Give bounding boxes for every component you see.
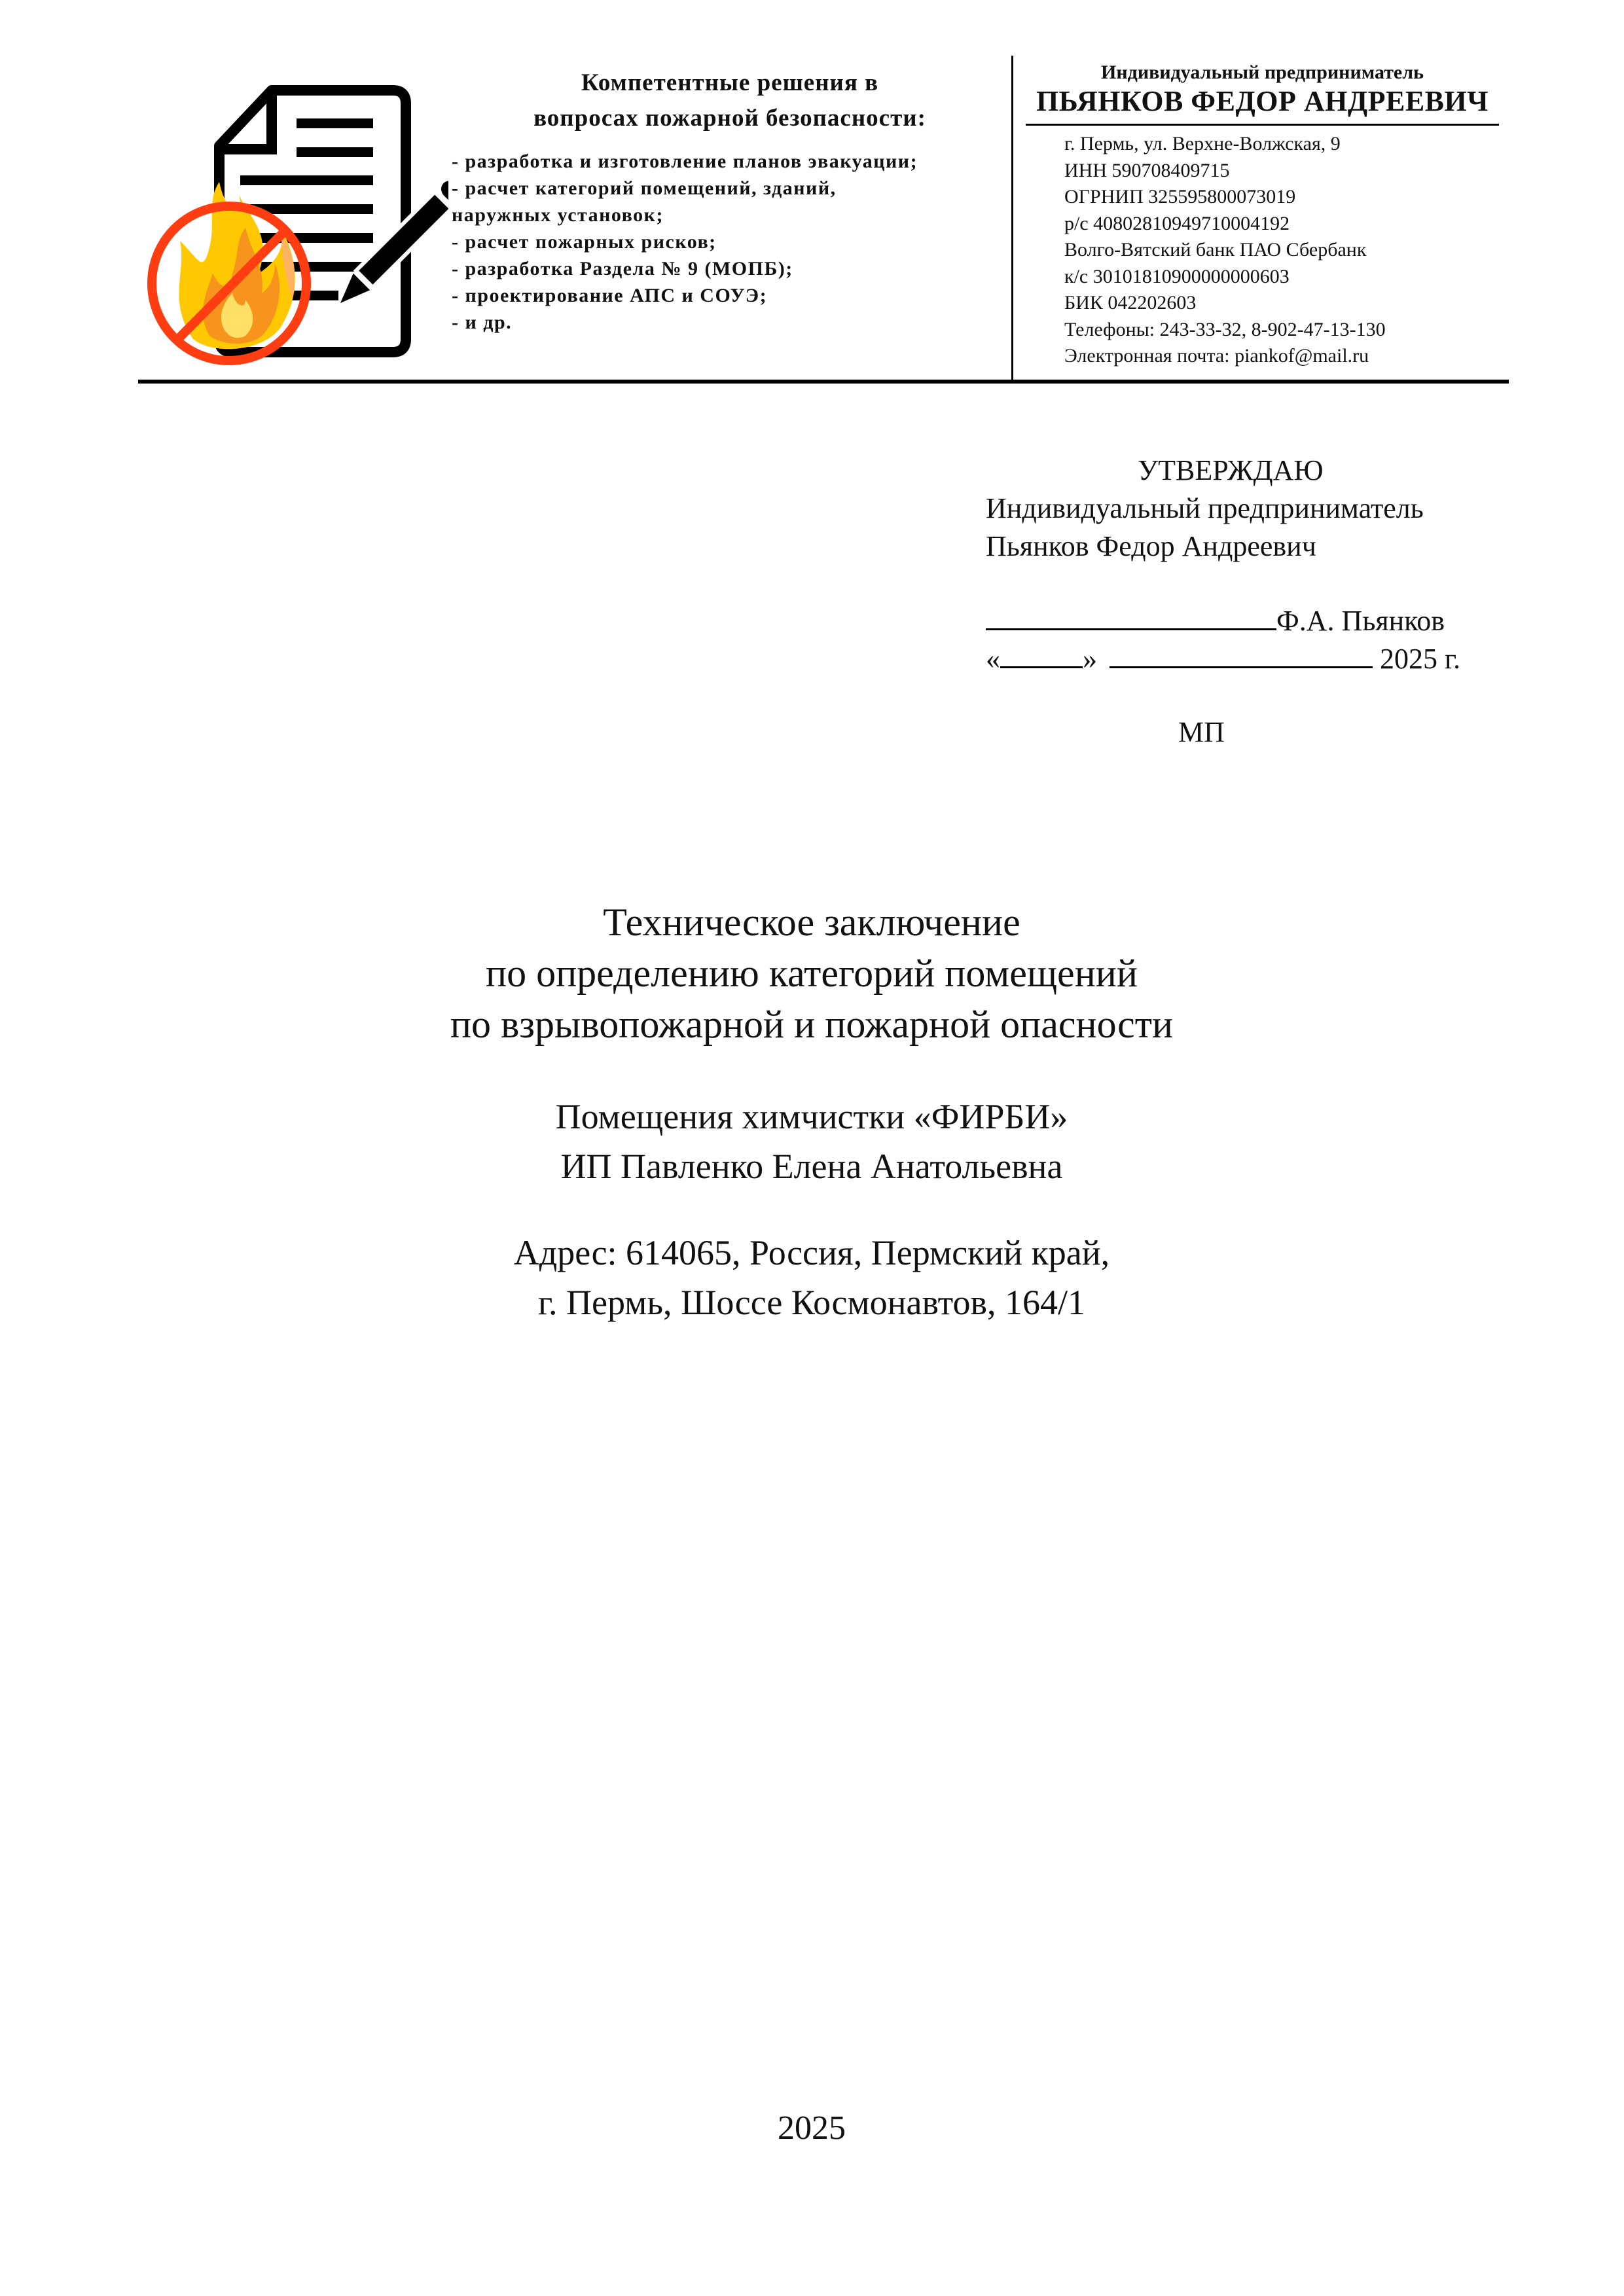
slogan-line: Компетентные решения в — [452, 65, 1008, 101]
requisite-ogrnip: ОГРНИП 325595800073019 — [1064, 184, 1386, 211]
service-item: - расчет категорий помещений, зданий, — [452, 175, 1015, 202]
document-pen-no-fire-icon — [141, 77, 448, 368]
address-block: Адрес: 614065, Россия, Пермский край, г.… — [157, 1228, 1466, 1327]
document-year: 2025 — [746, 2109, 877, 2148]
requisite-email: Электронная почта: piankof@mail.ru — [1064, 343, 1386, 370]
entrepreneur-name-underline — [1026, 124, 1499, 126]
service-item: - и др. — [452, 309, 1015, 336]
object-owner: ИП Павленко Елена Анатольевна — [157, 1141, 1466, 1191]
date-month-line[interactable] — [1110, 666, 1373, 668]
services-list: - разработка и изготовление планов эваку… — [452, 148, 1015, 336]
object-name: Помещения химчистки «ФИРБИ» — [157, 1092, 1466, 1141]
date-row: «» 2025 г. — [986, 640, 1460, 678]
service-item: - разработка Раздела № 9 (МОПБ); — [452, 255, 1015, 282]
address-line: г. Пермь, Шоссе Космонавтов, 164/1 — [157, 1278, 1466, 1327]
title-line: по определению категорий помещений — [157, 948, 1466, 999]
requisite-bik: БИК 042202603 — [1064, 290, 1386, 317]
service-item: наружных установок; — [452, 202, 1015, 228]
slogan-line: вопросах пожарной безопасности: — [452, 101, 1008, 136]
signature-name: Ф.А. Пьянков — [1276, 605, 1445, 637]
requisite-bank: Волго-Вятский банк ПАО Сбербанк — [1064, 237, 1386, 264]
address-line: Адрес: 614065, Россия, Пермский край, — [157, 1228, 1466, 1278]
service-item: - проектирование АПС и СОУЭ; — [452, 282, 1015, 309]
requisite-inn: ИНН 590708409715 — [1064, 158, 1386, 185]
requisite-account: р/с 40802810949710004192 — [1064, 211, 1386, 238]
date-year: 2025 г. — [1380, 643, 1460, 675]
signature-line[interactable] — [986, 628, 1276, 630]
title-line: по взрывопожарной и пожарной опасности — [157, 999, 1466, 1050]
header-bottom-rule — [138, 380, 1509, 384]
requisites-list: г. Пермь, ул. Верхне-Волжская, 9 ИНН 590… — [1064, 131, 1386, 370]
requisite-phones: Телефоны: 243-33-32, 8-902-47-13-130 — [1064, 317, 1386, 344]
object-block: Помещения химчистки «ФИРБИ» ИП Павленко … — [157, 1092, 1466, 1191]
date-close-quote: » — [1083, 643, 1097, 675]
date-day-line[interactable] — [1000, 666, 1083, 668]
approval-person: Пьянков Федор Андреевич — [986, 528, 1509, 565]
stamp-placeholder: МП — [1178, 713, 1225, 751]
service-item: - расчет пожарных рисков; — [452, 228, 1015, 255]
approval-block: УТВЕРЖДАЮ Индивидуальный предприниматель… — [986, 452, 1509, 565]
approval-position: Индивидуальный предприниматель — [986, 490, 1509, 528]
slogan-heading: Компетентные решения в вопросах пожарной… — [452, 65, 1008, 136]
title-line: Техническое заключение — [157, 897, 1466, 948]
service-item: - разработка и изготовление планов эваку… — [452, 148, 1015, 175]
signature-row: Ф.А. Пьянков — [986, 602, 1445, 640]
entrepreneur-name: ПЬЯНКОВ ФЕДОР АНДРЕЕВИЧ — [1026, 84, 1499, 119]
entrepreneur-role: Индивидуальный предприниматель — [1026, 60, 1499, 85]
document-title: Техническое заключение по определению ка… — [157, 897, 1466, 1050]
header-vertical-divider — [1011, 56, 1013, 382]
approval-title: УТВЕРЖДАЮ — [986, 452, 1509, 490]
logo — [141, 77, 448, 368]
date-open-quote: « — [986, 643, 1000, 675]
requisite-corr-account: к/с 30101810900000000603 — [1064, 264, 1386, 291]
requisite-address: г. Пермь, ул. Верхне-Волжская, 9 — [1064, 131, 1386, 158]
